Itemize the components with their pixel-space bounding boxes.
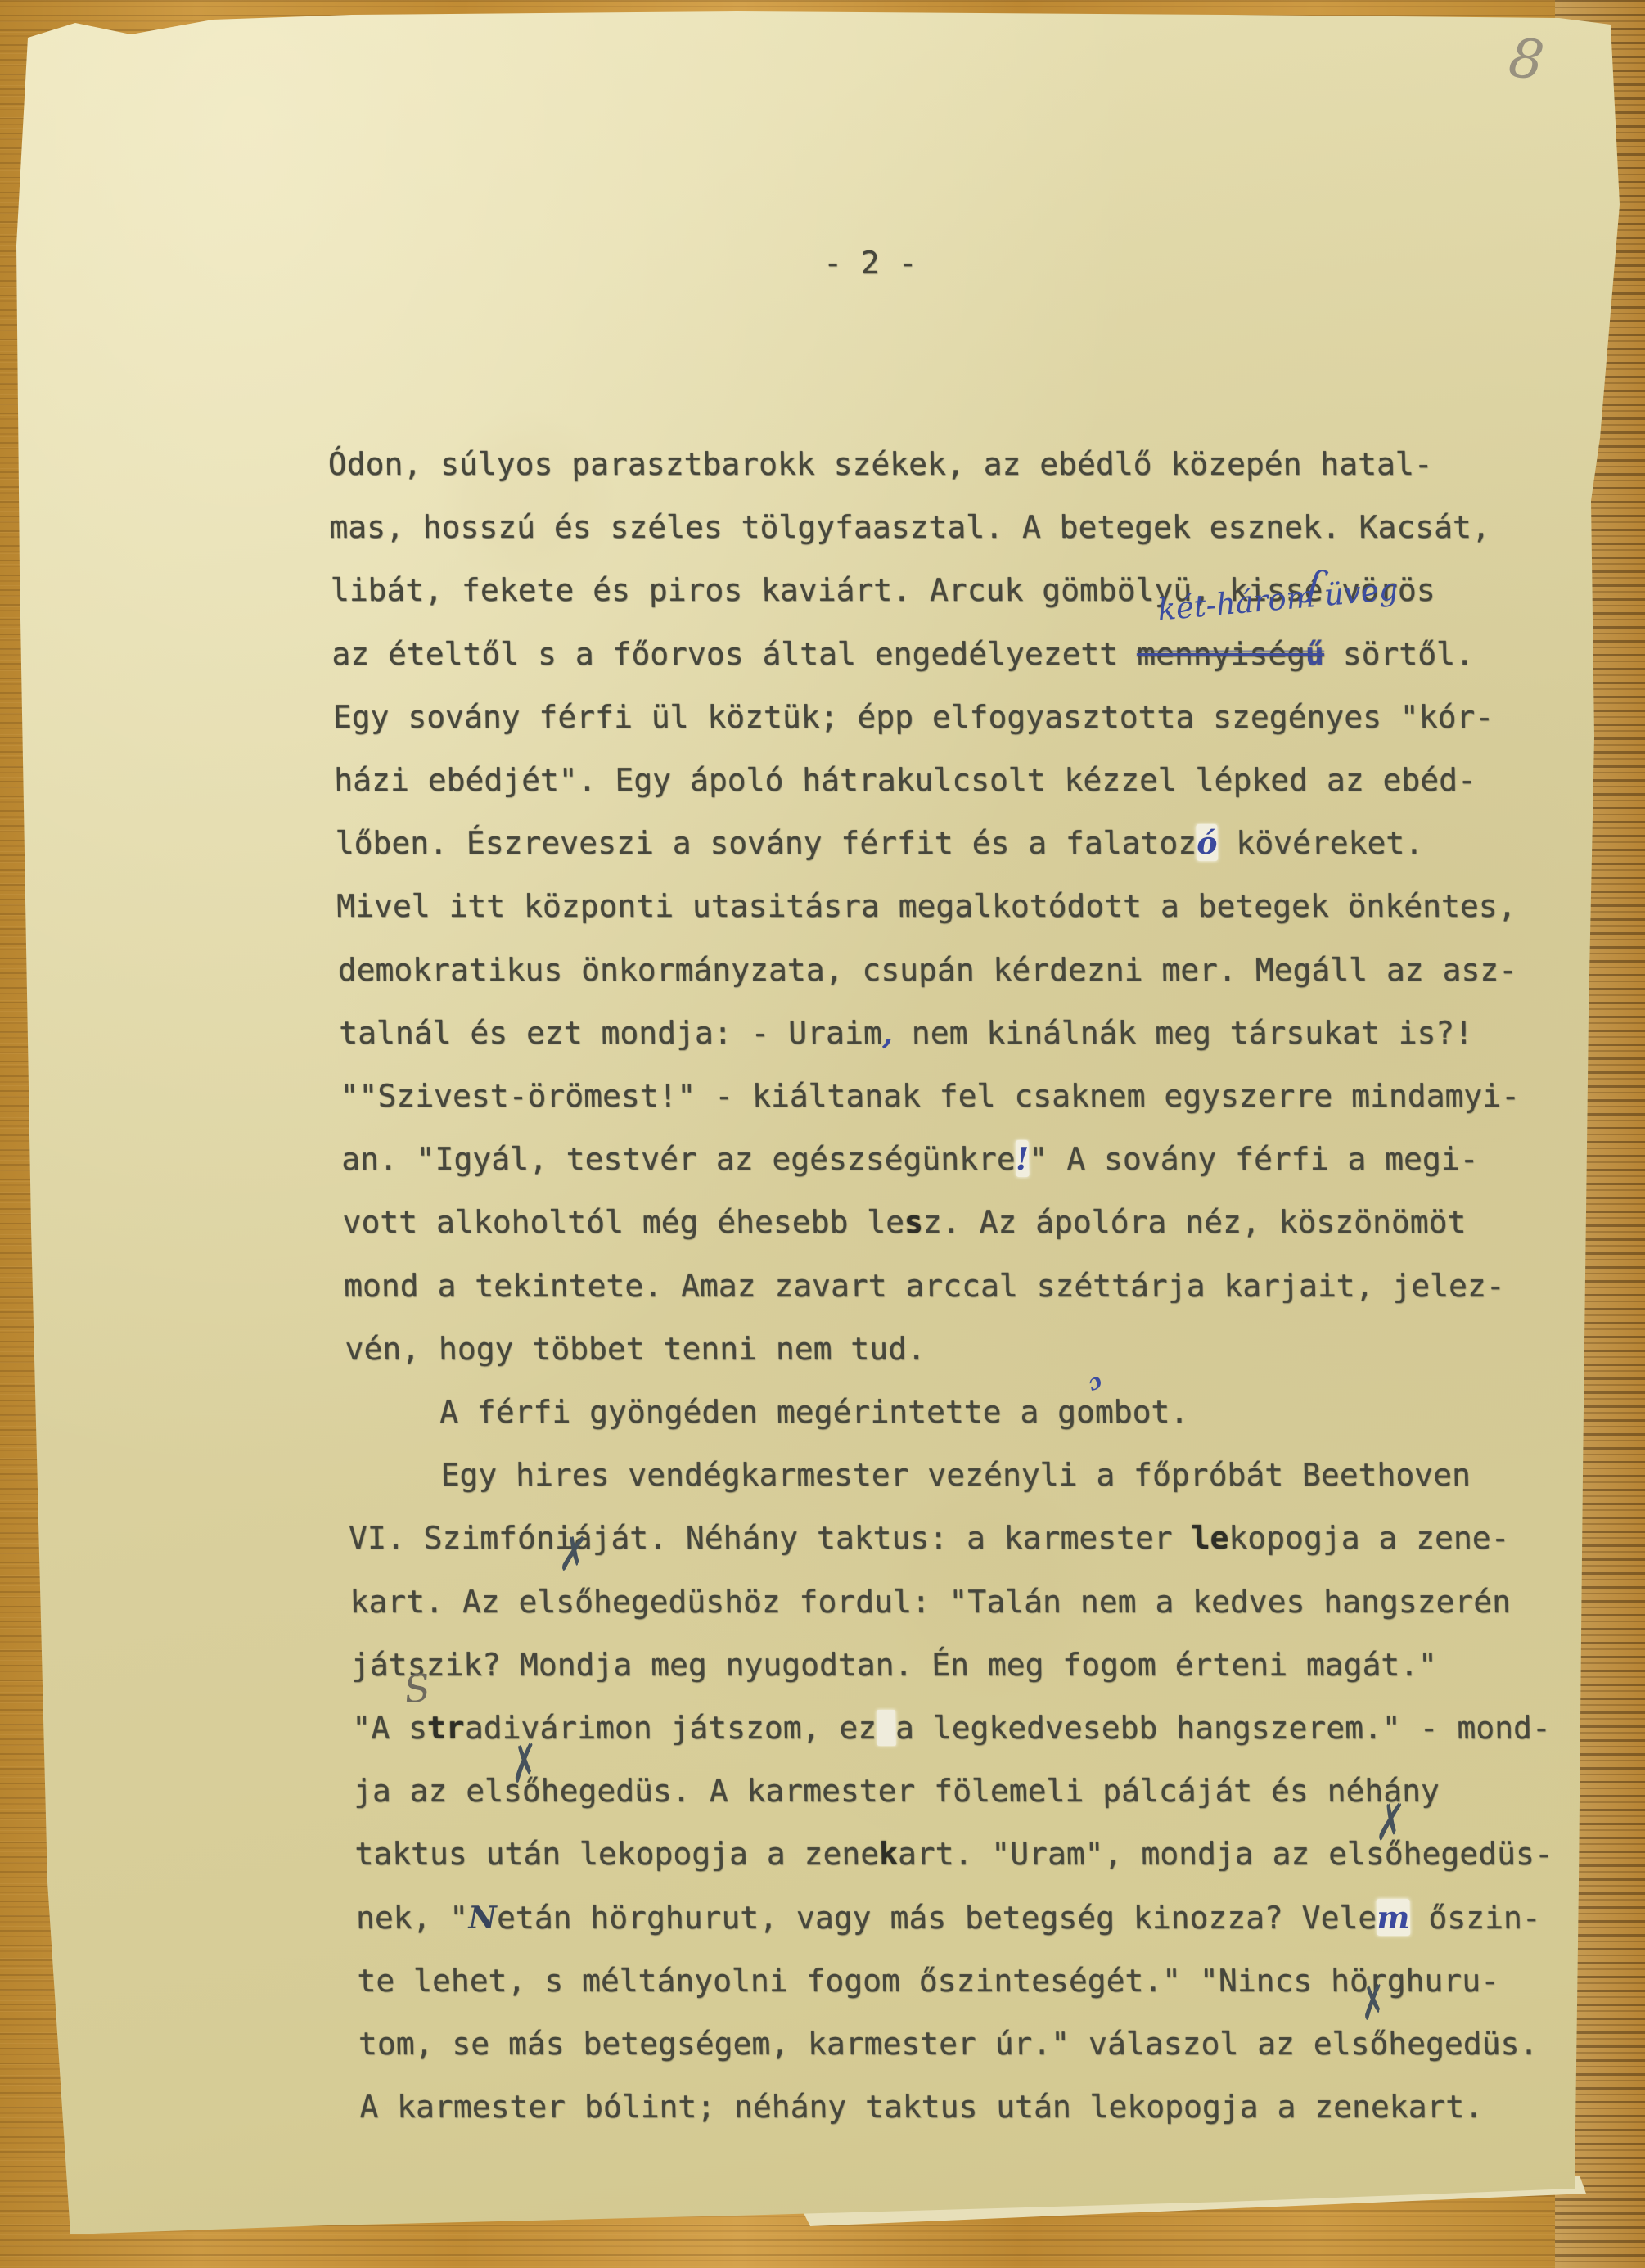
- correction-squiggle: ✗: [1374, 1797, 1406, 1851]
- handwritten-insertion: két-három üveg: [1156, 574, 1399, 625]
- correction-squiggle: ✗: [557, 1529, 590, 1580]
- pencil-page-note: 8: [1506, 31, 1547, 89]
- correction-squiggle: ✗: [509, 1738, 540, 1792]
- scanned-typewritten-page: - 2 - Ódon, súlyos parasztbarokk székek,…: [0, 0, 1645, 2268]
- handwritten-marks-layer: két-három üvegʃ8S✗✗✗✗ɔ: [0, 0, 1645, 2268]
- pencil-letter-S: S: [403, 1668, 432, 1708]
- ink-diacritic: ɔ: [1084, 1370, 1105, 1395]
- correction-squiggle: ✗: [1358, 1978, 1389, 2027]
